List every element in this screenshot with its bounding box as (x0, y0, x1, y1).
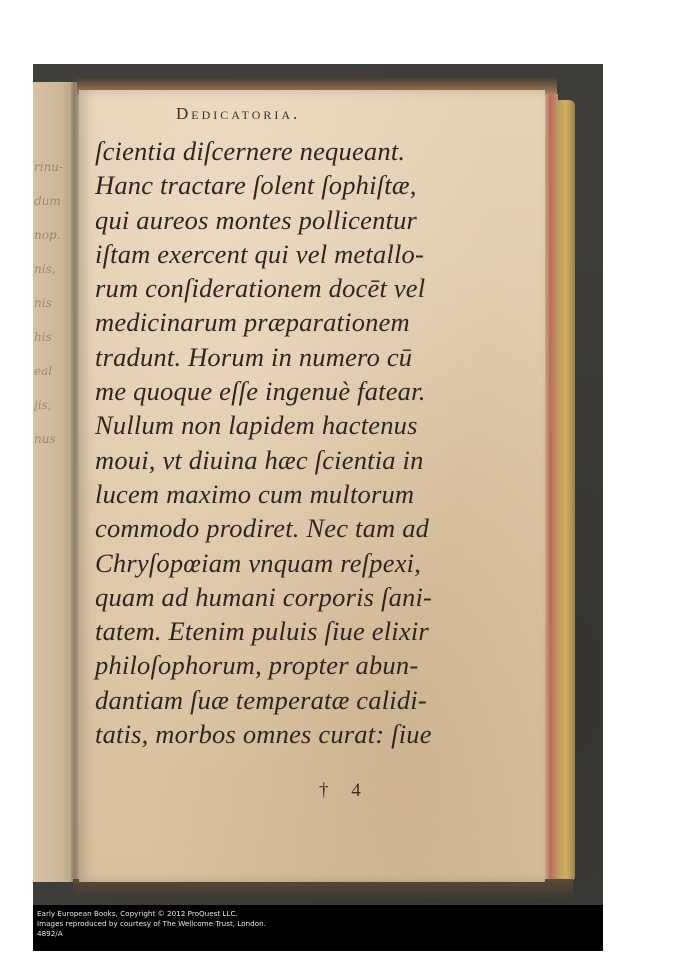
facing-page-fragment: rinu- (34, 160, 70, 174)
text-line: Chryſopœiam vnquam reſpexi, (95, 546, 535, 580)
body-text: ſcientia diſcernere nequeant. Hanc tract… (95, 134, 535, 751)
facing-page-fragment: eal (34, 364, 70, 378)
caption-courtesy: Images reproduced by courtesy of The Wel… (37, 919, 603, 929)
facing-page-fragment: nis, (34, 262, 70, 276)
facing-page-fragment: dum (34, 194, 70, 208)
text-line: Nullum non lapidem hactenus (95, 408, 535, 442)
text-line: iſtam exercent qui vel metallo- (95, 237, 535, 271)
facing-page-fragment: his (34, 330, 70, 344)
scan-image-frame: rinu- dum nop. nis, nis his eal jis, nus… (33, 64, 603, 951)
text-line: rum conſiderationem docēt vel (95, 271, 535, 305)
text-line: tatem. Etenim puluis ſiue elixir (95, 614, 535, 648)
text-line: philoſophorum, propter abun- (95, 648, 535, 682)
text-line: medicinarum præparationem (95, 305, 535, 339)
text-line: qui aureos montes pollicentur (95, 203, 535, 237)
facing-page-fragment: nis (34, 296, 70, 310)
caption-copyright: Early European Books, Copyright © 2012 P… (37, 909, 603, 919)
text-line: commodo prodiret. Nec tam ad (95, 511, 535, 545)
copyright-caption: Early European Books, Copyright © 2012 P… (33, 905, 603, 951)
text-line: quam ad humani corporis ſani- (95, 580, 535, 614)
caption-shelfmark: 4892/A (37, 929, 603, 939)
text-line: lucem maximo cum multorum (95, 477, 535, 511)
text-line: dantiam ſuæ temperatæ calidi- (95, 683, 535, 717)
gilt-fore-edge (557, 100, 575, 882)
book-page: Dedicatoria. ſcientia diſcernere nequean… (79, 90, 545, 882)
text-line: ſcientia diſcernere nequeant. (95, 134, 535, 168)
text-line: moui, vt diuina hæc ſcientia in (95, 443, 535, 477)
signature-mark: † 4 (319, 780, 361, 802)
page-bottom-shadow (73, 879, 573, 899)
text-line: Hanc tractare ſolent ſophiſtæ, (95, 168, 535, 202)
text-line: tradunt. Horum in numero cū (95, 340, 535, 374)
facing-page-fragment: jis, (34, 398, 70, 412)
facing-page-left: rinu- dum nop. nis, nis his eal jis, nus (33, 82, 73, 882)
facing-page-fragment: nus (34, 432, 70, 446)
running-head: Dedicatoria. (79, 104, 545, 124)
facing-page-fragment: nop. (34, 228, 70, 242)
text-line: me quoque eſſe ingenuè fatear. (95, 374, 535, 408)
text-line: tatis, morbos omnes curat: ſiue (95, 717, 535, 751)
